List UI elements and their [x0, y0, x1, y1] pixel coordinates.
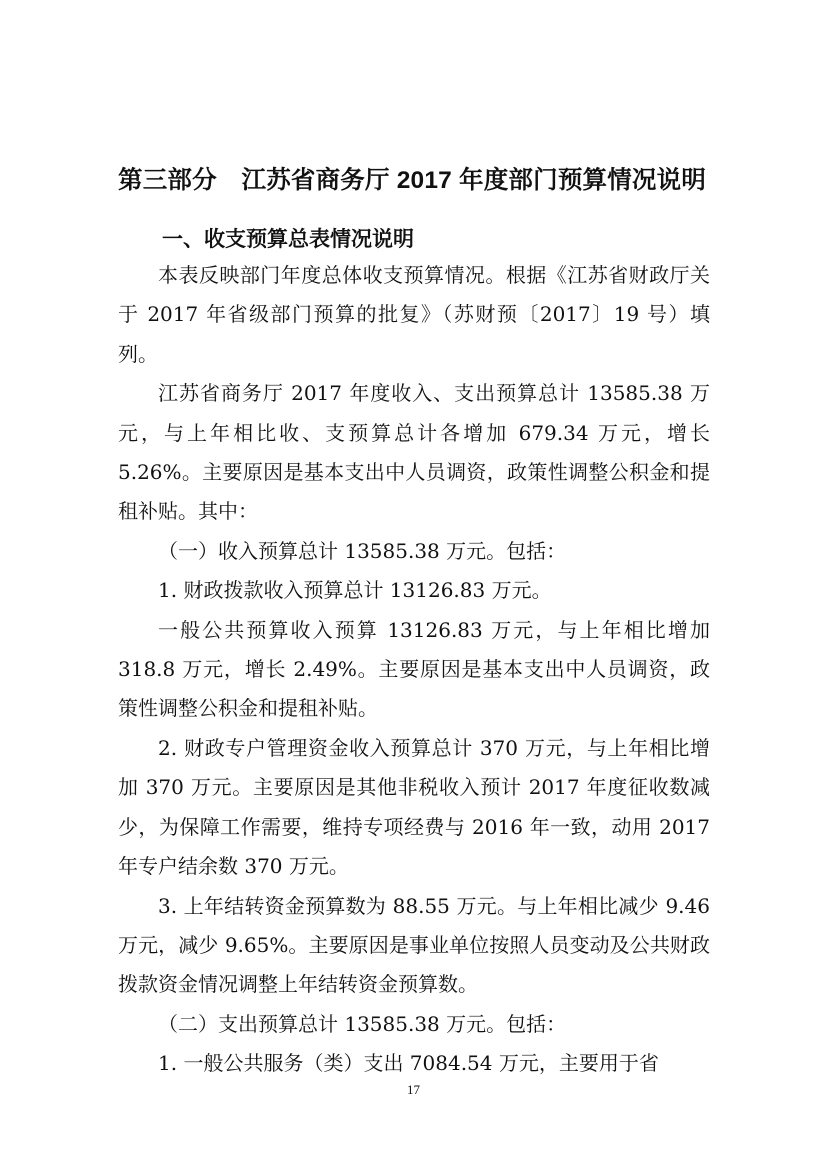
paragraph: 2. 财政专户管理资金收入预算总计 370 万元，与上年相比增加 370 万元。…: [118, 729, 710, 887]
page-number: 17: [0, 1082, 827, 1098]
document-page: 第三部分 江苏省商务厅 2017 年度部门预算情况说明 一、收支预算总表情况说明…: [0, 0, 827, 1169]
section-heading: 一、收支预算总表情况说明: [162, 224, 414, 256]
paragraph: 1. 一般公共服务（类）支出 7084.54 万元，主要用于省: [118, 1044, 710, 1083]
paragraph: 本表反映部门年度总体收支预算情况。根据《江苏省财政厅关于 2017 年省级部门预…: [118, 256, 710, 374]
paragraph: 江苏省商务厅 2017 年度收入、支出预算总计 13585.38 万元，与上年相…: [118, 374, 710, 532]
body-text: 本表反映部门年度总体收支预算情况。根据《江苏省财政厅关于 2017 年省级部门预…: [118, 256, 710, 1084]
paragraph: 3. 上年结转资金预算数为 88.55 万元。与上年相比减少 9.46 万元，减…: [118, 887, 710, 1005]
page-title: 第三部分 江苏省商务厅 2017 年度部门预算情况说明: [118, 163, 738, 199]
paragraph: 一般公共预算收入预算 13126.83 万元，与上年相比增加 318.8 万元，…: [118, 611, 710, 729]
paragraph: （二）支出预算总计 13585.38 万元。包括：: [118, 1005, 710, 1044]
paragraph: （一）收入预算总计 13585.38 万元。包括：: [118, 532, 710, 571]
paragraph: 1. 财政拨款收入预算总计 13126.83 万元。: [118, 571, 710, 610]
